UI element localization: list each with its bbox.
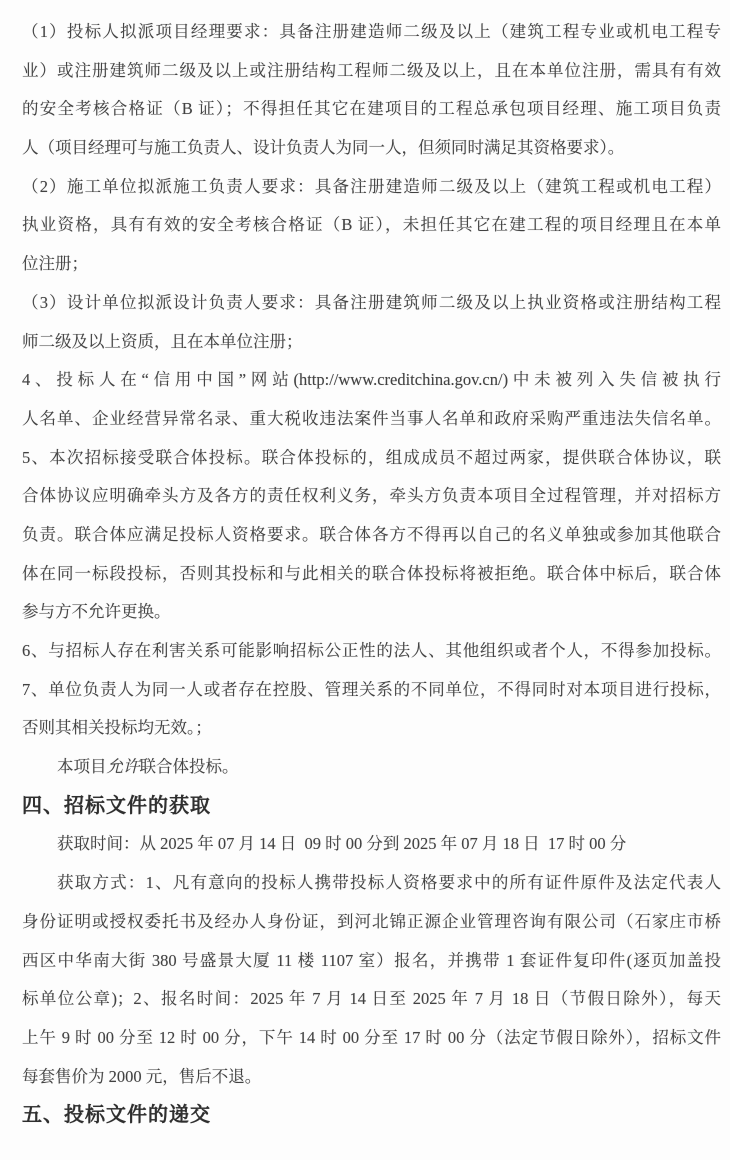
item-5-line-2: 合体协议应明确牵头方及各方的责任权利义务，牵头方负责本项目全过程管理，并对招标方 <box>22 477 721 516</box>
obtain-method-line-4: 标单位公章)；2、报名时间：2025 年 7 月 14 日至 2025 年 7 … <box>22 980 721 1019</box>
obtain-method-line-5: 上午 9 时 00 分至 12 时 00 分，下午 14 时 00 分至 17 … <box>22 1019 721 1058</box>
obtain-method-line-3: 西区中华南大街 380 号盛景大厦 11 楼 1107 室）报名，并携带 1 套… <box>22 942 721 981</box>
item-5-line-1: 5、本次招标接受联合体投标。联合体投标的，组成成员不超过两家，提供联合体协议，联 <box>22 439 721 478</box>
allow-line-italic: 允许 <box>107 757 140 776</box>
item-5-line-3: 负责。联合体应满足投标人资格要求。联合体各方不得再以自己的名义单独或参加其他联合 <box>22 516 721 555</box>
section-heading-bid-submission: 五、投标文件的递交 <box>22 1096 721 1135</box>
obtain-method-line-6: 每套售价为 2000 元，售后不退。 <box>22 1058 721 1097</box>
clause-2-line-2: 执业资格，具有有效的安全考核合格证（B 证），未担任其它在建工程的项目经理且在本… <box>22 206 721 245</box>
joint-venture-allowed-line: 本项目允许联合体投标。 <box>22 748 721 787</box>
obtain-time-line: 获取时间：从 2025 年 07 月 14 日 09 时 00 分到 2025 … <box>22 825 721 864</box>
section-heading-obtain-documents: 四、招标文件的获取 <box>22 787 721 826</box>
item-5-line-5: 参与方不允许更换。 <box>22 593 721 632</box>
item-6-line-1: 6、与招标人存在利害关系可能影响招标公正性的法人、其他组织或者个人，不得参加投标… <box>22 632 721 671</box>
clause-2-line-1: （2）施工单位拟派施工负责人要求：具备注册建造师二级及以上（建筑工程或机电工程） <box>22 168 721 207</box>
allow-line-prefix: 本项目 <box>57 757 107 776</box>
obtain-method-line-1: 获取方式：1、凡有意向的投标人携带投标人资格要求中的所有证件原件及法定代表人 <box>22 864 721 903</box>
clause-1-line-3: 的安全考核合格证（B 证）；不得担任其它在建项目的工程总承包项目经理、施工项目负… <box>22 90 721 129</box>
item-4-line-2: 人名单、企业经营异常名录、重大税收违法案件当事人名单和政府采购严重违法失信名单。 <box>22 400 721 439</box>
clause-1-line-1: （1）投标人拟派项目经理要求：具备注册建造师二级及以上（建筑工程专业或机电工程专 <box>22 13 721 52</box>
document-page: （1）投标人拟派项目经理要求：具备注册建造师二级及以上（建筑工程专业或机电工程专… <box>0 0 730 1160</box>
item-7-line-2: 否则其相关投标均无效。； <box>22 709 721 748</box>
obtain-method-line-2: 身份证明或授权委托书及经办人身份证，到河北锦正源企业管理咨询有限公司（石家庄市桥 <box>22 903 721 942</box>
clause-3-line-2: 师二级及以上资质，且在本单位注册； <box>22 323 721 362</box>
clause-1-line-2: 业）或注册建筑师二级及以上或注册结构工程师二级及以上，且在本单位注册，需具有有效 <box>22 52 721 91</box>
clause-2-line-3: 位注册； <box>22 245 721 284</box>
clause-1-line-4: 人（项目经理可与施工负责人、设计负责人为同一人，但须同时满足其资格要求）。 <box>22 129 721 168</box>
item-4-line-1: 4、投标人在“信用中国”网站(http://www.creditchina.go… <box>22 361 721 400</box>
allow-line-suffix: 联合体投标。 <box>140 757 239 776</box>
item-7-line-1: 7、单位负责人为同一人或者存在控股、管理关系的不同单位，不得同时对本项目进行投标… <box>22 671 721 710</box>
item-5-line-4: 体在同一标段投标，否则其投标和与此相关的联合体投标将被拒绝。联合体中标后，联合体 <box>22 555 721 594</box>
clause-3-line-1: （3）设计单位拟派设计负责人要求：具备注册建筑师二级及以上执业资格或注册结构工程 <box>22 284 721 323</box>
